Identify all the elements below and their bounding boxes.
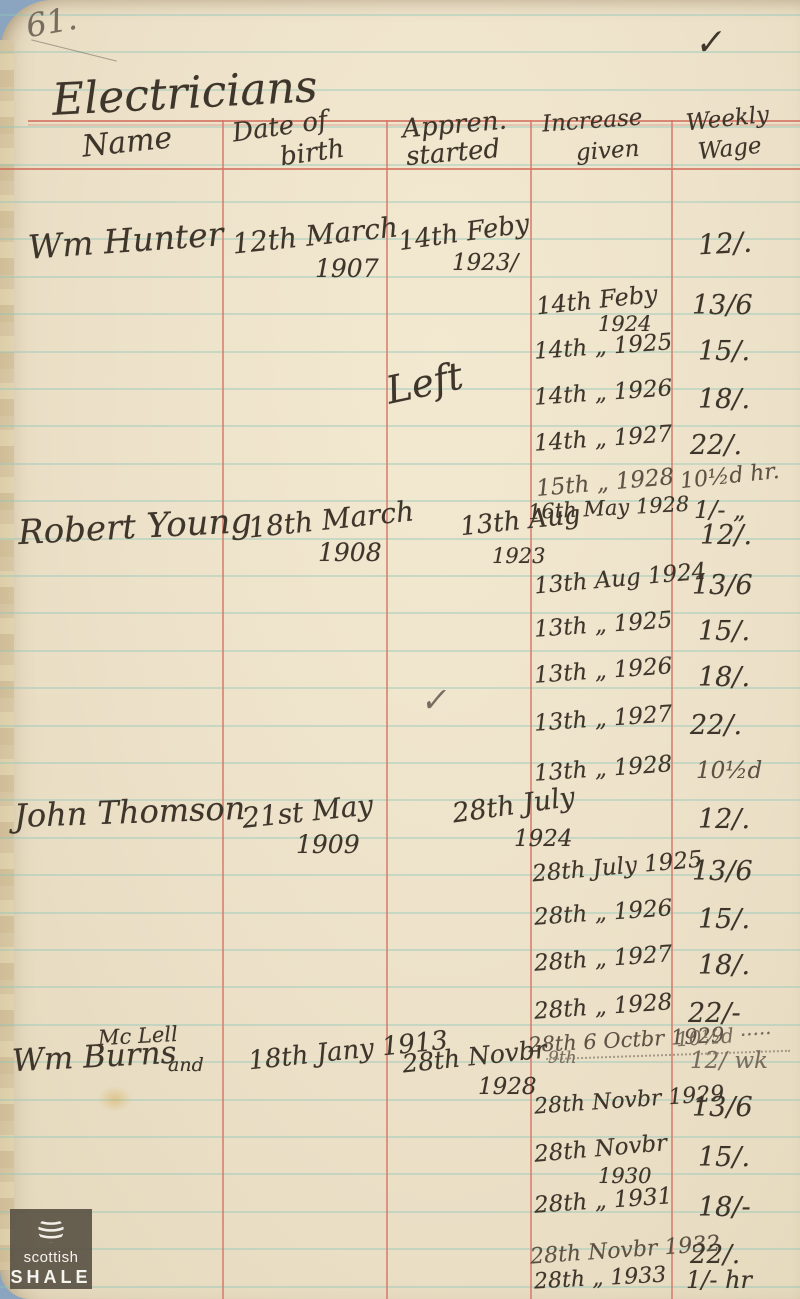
entry-dob: 12th March [231,213,399,258]
ruled-line [0,351,800,353]
ruled-line [0,425,800,427]
increase-wage: 22/. [690,432,742,459]
increase-year: 1930 [598,1166,651,1187]
col-header-increase-1: Increase [541,107,643,137]
increase-date: 14th „ 1927 [533,423,673,456]
entry-name: John Thomson [14,792,246,832]
increase-wage: 13/6 [692,1094,753,1121]
entry-status-note: Left [383,356,466,409]
increase-wage: 15/. [698,338,750,365]
ruled-line [0,1136,800,1138]
increase-wage: 15/. [698,618,750,645]
ruled-line [0,837,800,839]
entry-dob-year: 1909 [296,832,360,857]
column-line-3 [530,120,532,1299]
increase-wage: 13/6 [692,572,753,599]
increase-date: 28th „ 1926 [533,897,673,930]
increase-wage: 10½d hr. [679,461,780,493]
ruled-line [0,650,800,652]
increase-wage: 18/- [698,1194,751,1221]
entry-initial-wage: 12/. [698,806,750,833]
watermark-text-2: SHALE [10,1267,91,1288]
ruled-line [0,51,800,53]
increase-wage: 13/6 [692,858,753,885]
increase-wage: 22/. [690,1242,740,1268]
ruled-line [0,164,800,166]
increase-date: 13th „ 1928 [533,753,673,786]
ruled-line [0,725,800,727]
col-header-name: Name [81,123,174,162]
increase-wage: 22/. [690,712,742,739]
ruled-line [0,687,800,689]
ruled-line [0,313,800,315]
increase-wage: 18/. [698,664,750,691]
entry-started: 14th Feby [397,211,531,255]
increase-date: 28th „ 1931 [533,1185,673,1218]
ruled-line [0,201,800,203]
page-number-pencil: 61. [24,2,80,42]
watermark-text-1: scottish [24,1249,79,1266]
increase-wage: 1/- „ [694,498,746,522]
ruled-line [0,912,800,914]
ruled-line [0,1173,800,1175]
increase-wage: 10½d ····· [675,1023,772,1050]
ruled-line [0,1286,800,1288]
entry-name: Wm Hunter [27,217,224,264]
ruled-line [0,14,800,16]
entry-initial-wage: 12/. [700,522,752,549]
paper-stain [98,1086,132,1112]
entry-initial-wage: 12/ wk [690,1050,768,1073]
increase-wage: 15/. [698,1144,750,1171]
entry-dob: 18th March [247,497,415,542]
entry-name: Robert Young [17,504,253,550]
increase-date: 28th „ 1928 [533,991,673,1024]
torn-left-edge [0,40,14,1270]
col-header-wage-2: Wage [697,135,763,165]
checkmark-top: ✓ [692,25,724,62]
column-line-2 [386,120,388,1299]
ruled-line [0,762,800,764]
entry-started-year: 1923/ [452,252,518,275]
column-line-1 [222,120,224,1299]
increase-date: 13th Aug 1924 [533,561,707,599]
ruled-line [0,612,800,614]
entry-started-year: 1928 [478,1076,537,1099]
header-bottomline [0,168,800,170]
entry-started-year: 1924 [514,828,573,851]
entry-name-correction: Mc Lell [98,1024,179,1049]
entry-initial-wage: 12/. [697,229,752,260]
increase-wage: 10½d [696,760,762,783]
increase-note-pencil: 9th [548,1050,577,1067]
col-header-appren-2: started [405,136,501,170]
increase-date: 14th „ 1926 [533,377,673,410]
entry-dob-year: 1908 [318,540,382,565]
entry-dob: 21st May [241,791,375,833]
entry-started: 13th Aug [459,502,582,540]
increase-wage: 1/- hr [686,1268,752,1292]
checkmark-mid: ✓ [419,683,448,717]
ruled-line [0,463,800,465]
increase-wage: 13/6 [692,292,753,319]
entry-name-correction-2: and [168,1056,204,1075]
increase-wage: 18/. [698,386,750,413]
entry-started: 28th July [451,784,577,828]
globe-icon [33,1213,69,1247]
ledger-page: 61. ✓ ✓ Electricians Name Date of birth … [0,0,800,1299]
increase-date: 28th July 1925 [531,849,703,887]
increase-wage: 18/. [698,952,750,979]
increase-date: 14th „ 1925 [533,331,673,364]
col-header-wage-1: Weekly [685,104,770,136]
increase-date: 28th „ 1933 [534,1265,667,1294]
ruled-line [0,949,800,951]
entry-dob-year: 1907 [315,256,379,281]
increase-date: 13th „ 1926 [533,655,673,688]
increase-wage: 15/. [698,906,750,933]
ruled-line [0,276,800,278]
entry-started-year: 1923 [492,546,545,567]
ruled-line [0,1211,800,1213]
scottish-shale-watermark: scottish SHALE [10,1209,92,1289]
increase-date: 13th „ 1927 [533,703,673,736]
ruled-line [0,986,800,988]
ledger-scan: 61. ✓ ✓ Electricians Name Date of birth … [0,0,800,1299]
col-header-increase-2: given [575,138,640,165]
